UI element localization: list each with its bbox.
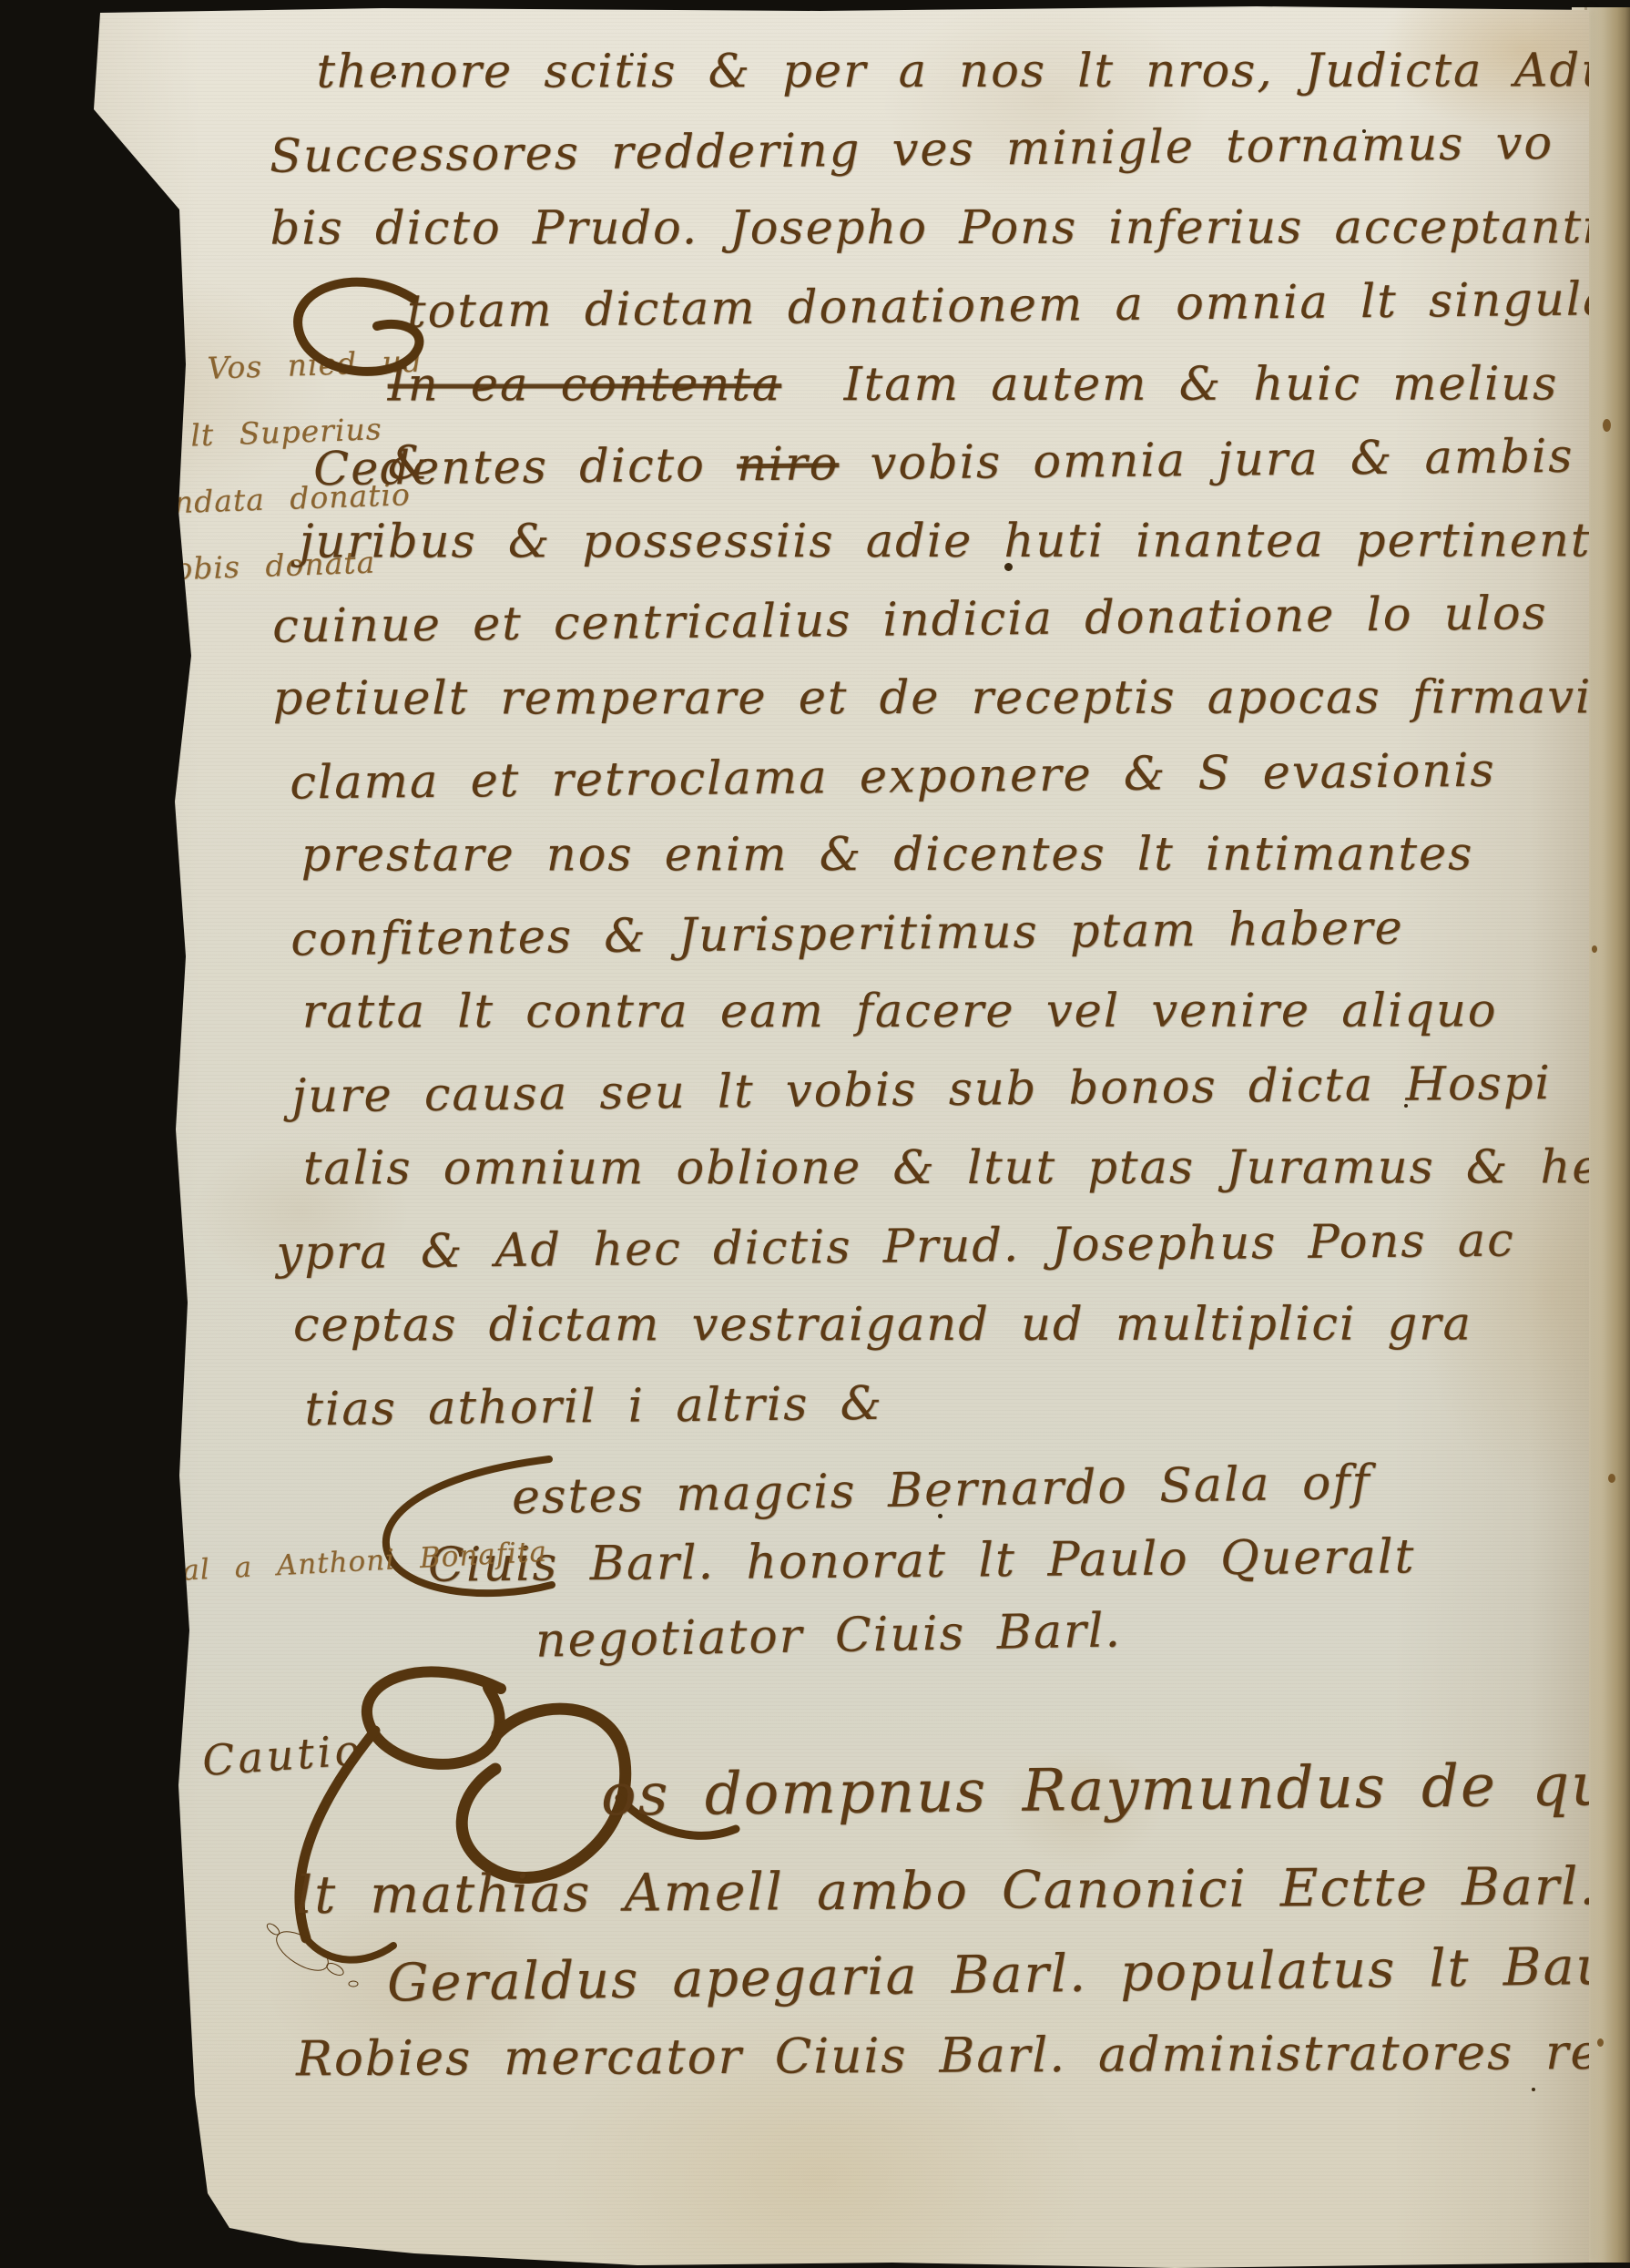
- text-line: confitentes & Jurisperitimus ptam habere: [274, 887, 1614, 979]
- text-line: cuinue et centricalius indicia donatione…: [272, 574, 1612, 666]
- closing-line: Robies mercator Ciuis Barl. administrato…: [296, 2024, 1630, 2088]
- text-line-with-strikethrough: In ea contenta Itam autem & huic melius …: [271, 345, 1610, 424]
- text-line: clama et retroclama exponere & S evasion…: [273, 730, 1613, 822]
- text-segment: vobis omnia jura & ambis: [839, 430, 1574, 491]
- struck-text: niro: [737, 437, 840, 492]
- deed-body-text: thenore scitis & per a nos lt nros, Judi…: [269, 29, 1615, 1447]
- text-line: Successores reddering ves minigle tornam…: [270, 104, 1609, 196]
- manuscript-photo: 7 per Vos nied ud dicta lt Superius chal…: [0, 0, 1630, 2268]
- text-segment: Cedentes dicto: [313, 438, 737, 496]
- margin-note-line: no ay: [84, 1580, 551, 1661]
- text-line: tias athoril i altris &: [277, 1357, 1616, 1449]
- edge-speck: [1597, 2038, 1604, 2047]
- text-line: ypra & Ad hec dictis Prud. Josephus Pons…: [276, 1200, 1615, 1292]
- calligraphic-loop-icon: [275, 273, 434, 396]
- struck-text: In ea contenta: [388, 358, 782, 412]
- edge-speck: [1592, 945, 1597, 953]
- edge-speck: [1603, 419, 1611, 432]
- ink-speck: [938, 1514, 942, 1518]
- text-line: totam dictam donationem a omnia lt singu…: [270, 261, 1610, 352]
- ink-speck: [392, 75, 396, 79]
- text-line: jure causa seu lt vobis sub bonos dicta …: [275, 1044, 1615, 1136]
- text-line: talis omnium oblione & ltut ptas Juramus…: [276, 1129, 1615, 1208]
- closing-line: lt mathias Amell ambo Canonici Ectte Bar…: [296, 1854, 1630, 1926]
- edge-speck: [1608, 1474, 1615, 1483]
- witness-line: Ciuis Barl. honorat lt Paulo Queralt: [428, 1529, 1416, 1592]
- closing-line: os dompnus Raymundus de queralt: [601, 1750, 1630, 1829]
- ink-speck: [169, 215, 174, 220]
- text-line-with-strikethrough: Cedentes dicto niro vobis omnia jura & a…: [271, 417, 1611, 509]
- ink-speck: [1404, 1104, 1408, 1108]
- text-line: prestare nos enim & dicentes lt intimant…: [274, 815, 1613, 894]
- ink-speck: [630, 53, 634, 56]
- text-line: thenore scitis & per a nos lt nros, Judi…: [269, 32, 1607, 111]
- text-line: juribus & possessiis adie huti inantea p…: [272, 502, 1611, 581]
- manuscript-page: 7 per Vos nied ud dicta lt Superius chal…: [0, 0, 1630, 2268]
- ink-speck: [1004, 563, 1013, 571]
- text-line: ratta lt contra eam facere vel venire al…: [275, 972, 1614, 1051]
- ink-speck: [1532, 2088, 1535, 2091]
- text-line: ceptas dictam vestraigand ud multiplici …: [277, 1285, 1615, 1364]
- text-line: bis dicto Prudo. Josepho Pons inferius a…: [270, 189, 1609, 268]
- ink-speck: [1362, 129, 1366, 133]
- text-line: petiuelt remperare et de receptis apocas…: [273, 659, 1612, 738]
- witness-line: negotiator Ciuis Barl.: [535, 1603, 1123, 1668]
